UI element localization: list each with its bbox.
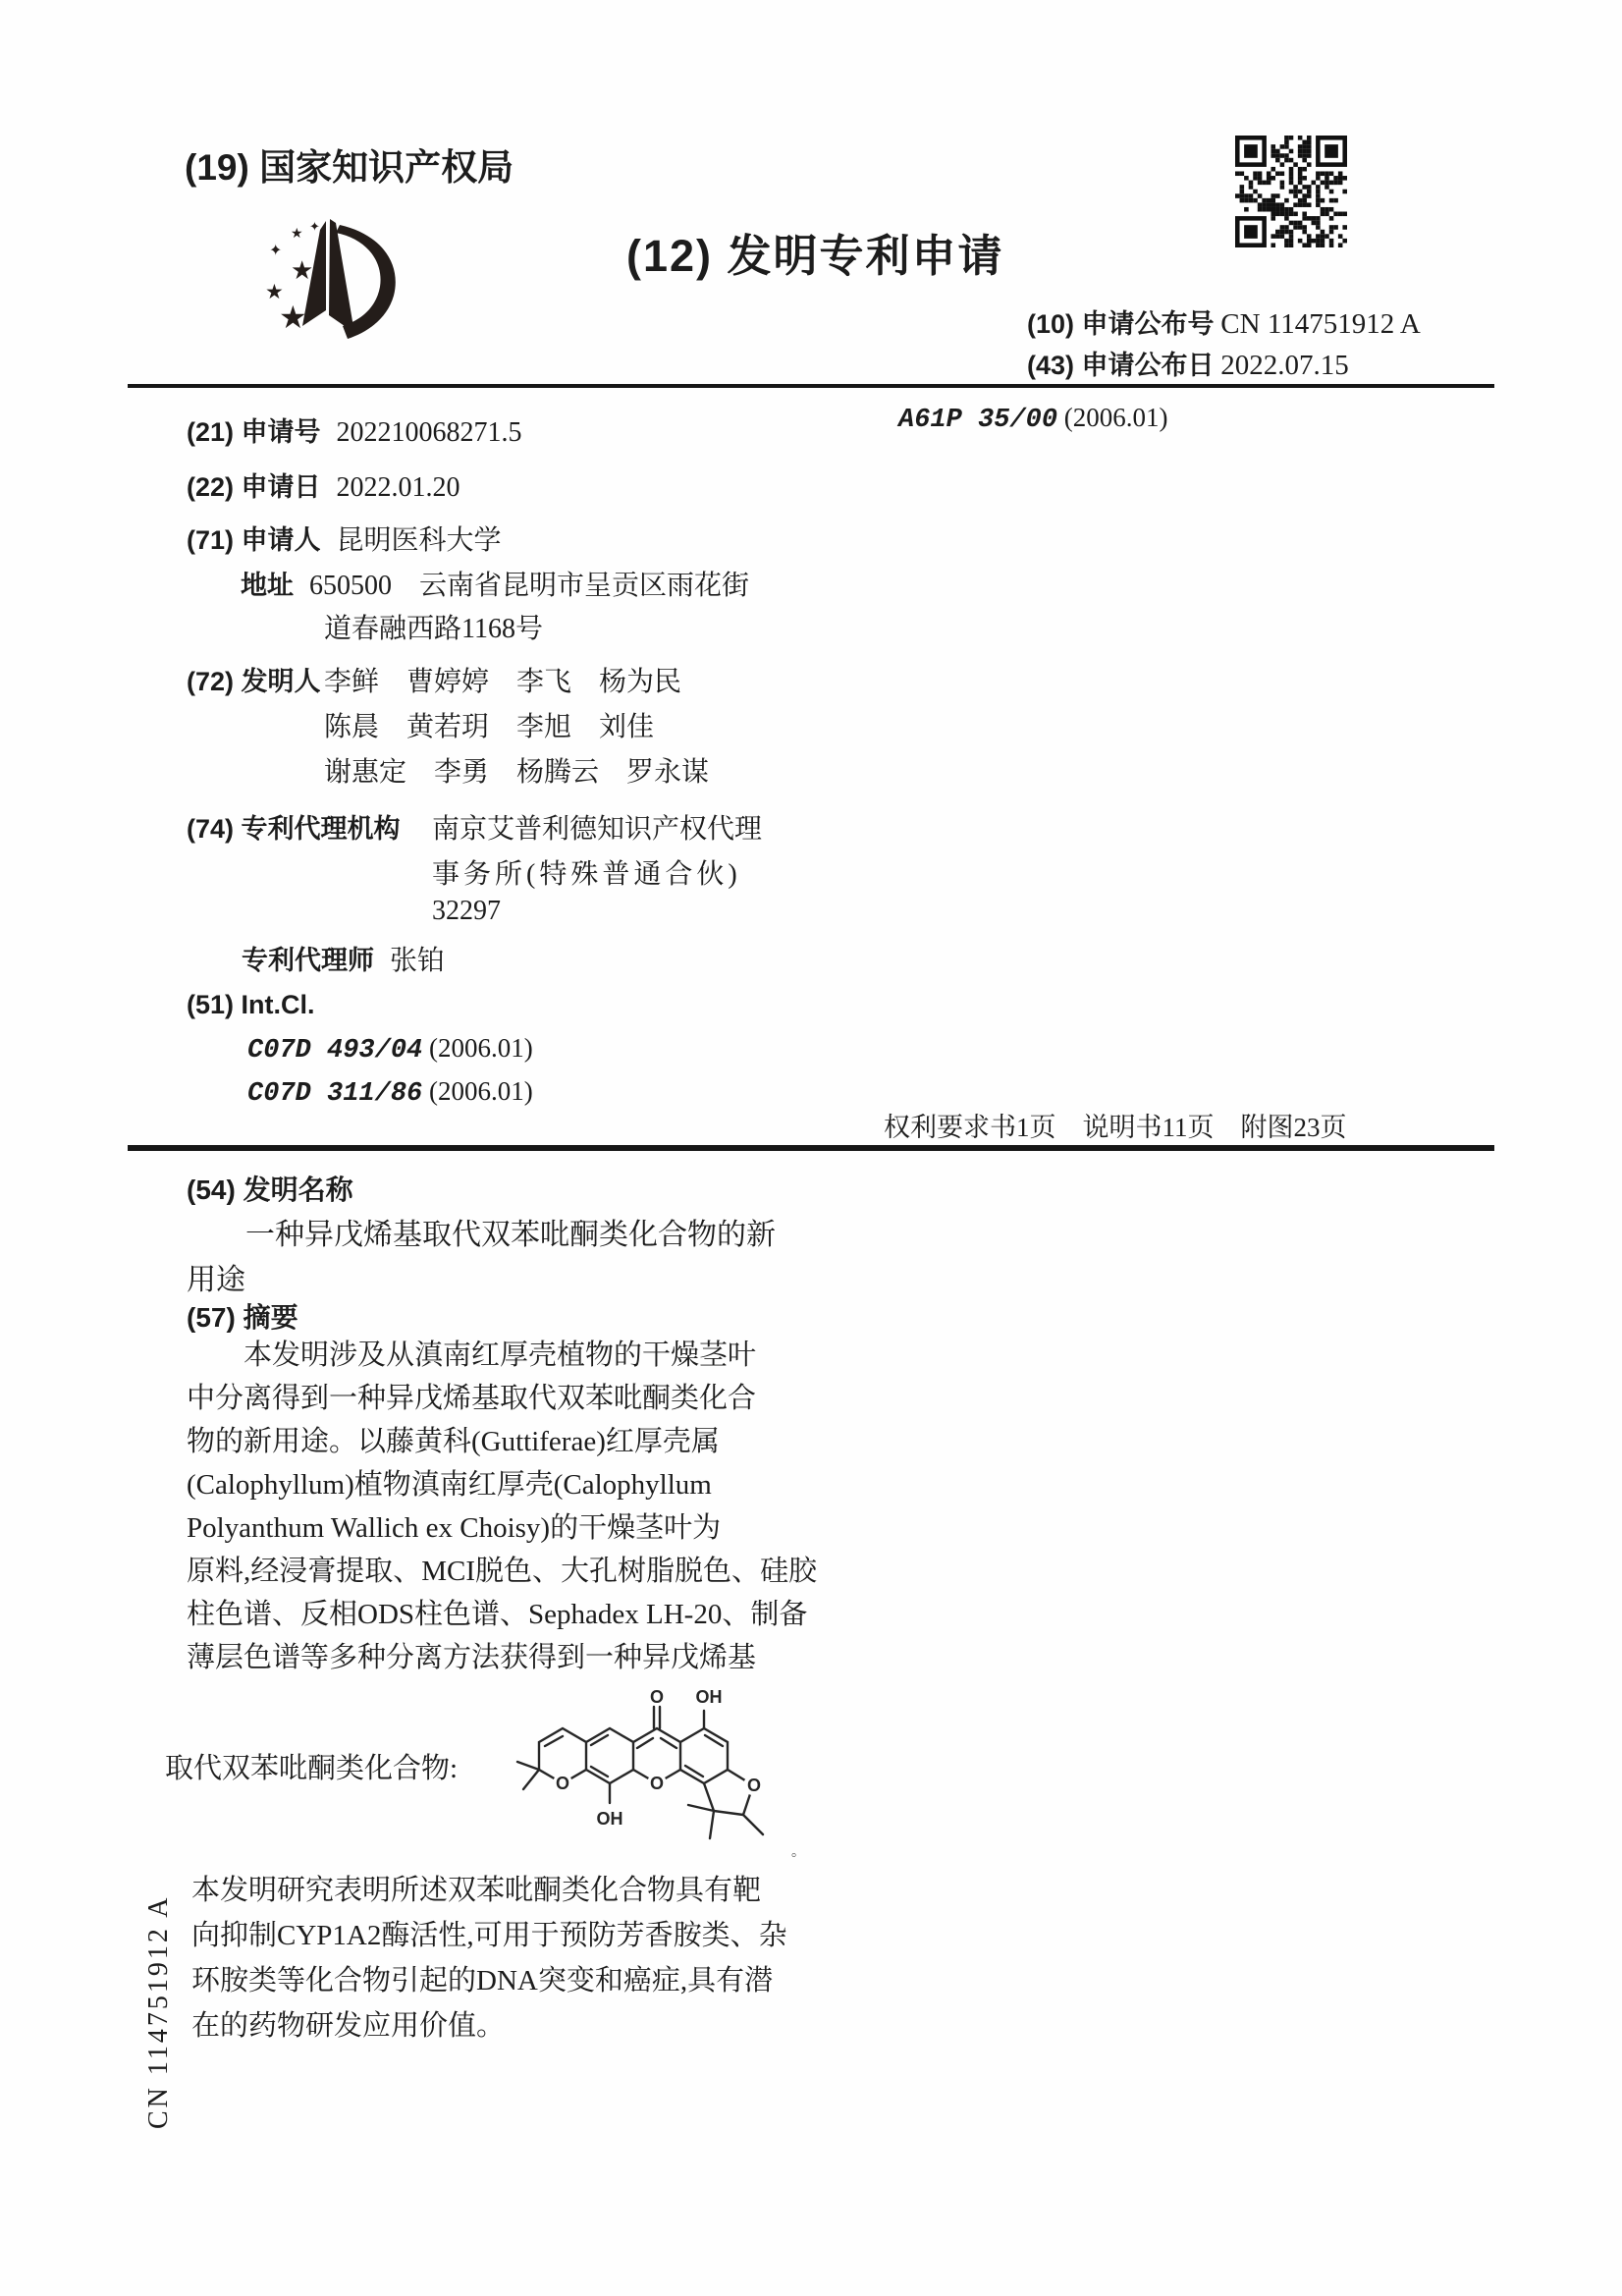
- oh-top-group: OH: [696, 1687, 723, 1707]
- logo-sparkle-icon: ✦: [269, 243, 282, 259]
- ipc-right-code: A61P 35/00: [898, 406, 1057, 435]
- inventors-row2: 陈晨 黄若玥 李旭 刘佳: [324, 705, 654, 744]
- invention-title-line2: 用途: [187, 1255, 245, 1298]
- abstract-tail-line: 向抑制CYP1A2酶活性,可用于预防芳香胺类、杂: [191, 1913, 787, 1953]
- cnipa-logo: ★ ★ ★ ✦ ★ ✦: [261, 214, 418, 348]
- application-number-row: (21) 申请号 202210068271.5: [187, 410, 522, 449]
- ipc-class-right: A61P 35/00 (2006.01): [898, 403, 1168, 435]
- title-label: (54) 发明名称: [187, 1169, 353, 1208]
- inventors-row3: 谢惠定 李勇 杨腾云 罗永谋: [324, 750, 709, 790]
- app-date-value: 2022.01.20: [337, 472, 460, 504]
- ipc1-year: (2006.01): [429, 1033, 533, 1063]
- publication-date-row: (43) 申请公布日 2022.07.15: [1027, 344, 1349, 382]
- address-line1: 650500 云南省昆明市呈贡区雨花街: [309, 564, 749, 603]
- abstract-tail-line: 在的药物研发应用价值。: [191, 2003, 505, 2044]
- ipc-class-2: C07D 311/86 (2006.01): [247, 1076, 533, 1109]
- ipc2-code: C07D 311/86: [247, 1079, 422, 1109]
- patent-front-page: (19) 国家知识产权局 ★ ★ ★ ✦ ★ ✦ (12) 发明专利申请 (10…: [0, 0, 1622, 2296]
- patent-agent-row: 专利代理师 张铂: [242, 939, 445, 978]
- section-divider-rule: [128, 1145, 1494, 1151]
- carbonyl-o-atom: O: [650, 1687, 664, 1707]
- ipc2-year: (2006.01): [429, 1076, 533, 1106]
- furan-o-atom: O: [747, 1776, 761, 1795]
- agency-line2: 事务所(特殊普通合伙): [432, 852, 741, 892]
- agency-line1: 南京艾普利德知识产权代理: [432, 807, 762, 847]
- applicant-address-row: 地址 650500 云南省昆明市呈贡区雨花街: [241, 564, 749, 603]
- address-line2: 道春融西路1168号: [324, 607, 543, 646]
- abstract-line: 物的新用途。以藤黄科(Guttiferae)红厚壳属: [187, 1419, 720, 1459]
- application-date-row: (22) 申请日 2022.01.20: [187, 465, 460, 504]
- ipc-class-1: C07D 493/04 (2006.01): [247, 1033, 533, 1066]
- applicant-label: (71) 申请人: [187, 519, 321, 557]
- pub-date-value: 2022.07.15: [1220, 350, 1349, 381]
- logo-star-icon: ★: [279, 300, 307, 335]
- structure-caption: 取代双苯吡酮类化合物:: [165, 1746, 458, 1786]
- abstract-label: (57) 摘要: [187, 1296, 298, 1336]
- abstract-tail-line: 环胺类等化合物引起的DNA突变和癌症,具有潜: [191, 1958, 773, 1998]
- app-no-value: 202210068271.5: [337, 417, 522, 449]
- xanthone-o-atom: O: [650, 1774, 664, 1793]
- intcl-label: (51) Int.Cl.: [187, 990, 315, 1020]
- logo-star-icon: ★: [265, 281, 284, 303]
- abstract-line: 本发明涉及从滇南红厚壳植物的干燥茎叶: [243, 1333, 756, 1373]
- logo-sparkle-icon: ✦: [309, 219, 320, 234]
- pyran-o-atom: O: [556, 1774, 569, 1793]
- vertical-publication-code: CN 114751912 A: [143, 1820, 177, 2129]
- inventors-row1: 李鲜 曹婷婷 李飞 杨为民: [324, 660, 681, 699]
- ipc-right-year: (2006.01): [1064, 403, 1168, 432]
- abstract-line: 原料,经浸膏提取、MCI脱色、大孔树脂脱色、硅胶: [187, 1549, 817, 1589]
- office-name: (19) 国家知识产权局: [185, 137, 514, 191]
- chemical-structure-diagram: O OH O O OH O 。: [506, 1658, 820, 1884]
- pub-date-label: (43) 申请公布日: [1027, 351, 1215, 380]
- abstract-line: 柱色谱、反相ODS柱色谱、Sephadex LH-20、制备: [187, 1592, 807, 1632]
- abstract-line: 中分离得到一种异戊烯基取代双苯吡酮类化合: [187, 1376, 756, 1416]
- abstract-line: Polyanthum Wallich ex Choisy)的干燥茎叶为: [187, 1505, 721, 1546]
- invention-title-line1: 一种异戊烯基取代双苯吡酮类化合物的新: [245, 1210, 776, 1253]
- logo-star-icon: ★: [291, 255, 313, 285]
- applicant-value: 昆明医科大学: [337, 519, 502, 558]
- address-label: 地址: [241, 564, 294, 602]
- abstract-tail-line: 本发明研究表明所述双苯吡酮类化合物具有靶: [191, 1868, 761, 1908]
- qr-code: [1235, 136, 1347, 247]
- app-date-label: (22) 申请日: [187, 465, 321, 504]
- agent-label: 专利代理师: [242, 939, 374, 977]
- agent-value: 张铂: [390, 939, 445, 978]
- logo-star-icon: ★: [291, 225, 303, 241]
- pub-no-value: CN 114751912 A: [1220, 308, 1421, 340]
- agency-line3: 32297: [432, 896, 501, 927]
- pub-no-label: (10) 申请公布号: [1027, 309, 1215, 339]
- abstract-line: (Calophyllum)植物滇南红厚壳(Calophyllum: [187, 1462, 712, 1503]
- applicant-row: (71) 申请人 昆明医科大学: [187, 519, 502, 558]
- inventors-label: (72) 发明人: [187, 660, 321, 698]
- pages-info: 权利要求书1页 说明书11页 附图23页: [884, 1106, 1343, 1144]
- app-no-label: (21) 申请号: [187, 410, 321, 449]
- ipc1-code: C07D 493/04: [247, 1036, 422, 1066]
- publication-number-row: (10) 申请公布号 CN 114751912 A: [1027, 302, 1421, 341]
- structure-end-mark: 。: [791, 1843, 805, 1859]
- doc-type-title: (12) 发明专利申请: [626, 220, 1004, 284]
- oh-bottom-group: OH: [597, 1809, 623, 1829]
- header-divider-rule: [128, 384, 1494, 388]
- agency-label: (74) 专利代理机构: [187, 807, 401, 846]
